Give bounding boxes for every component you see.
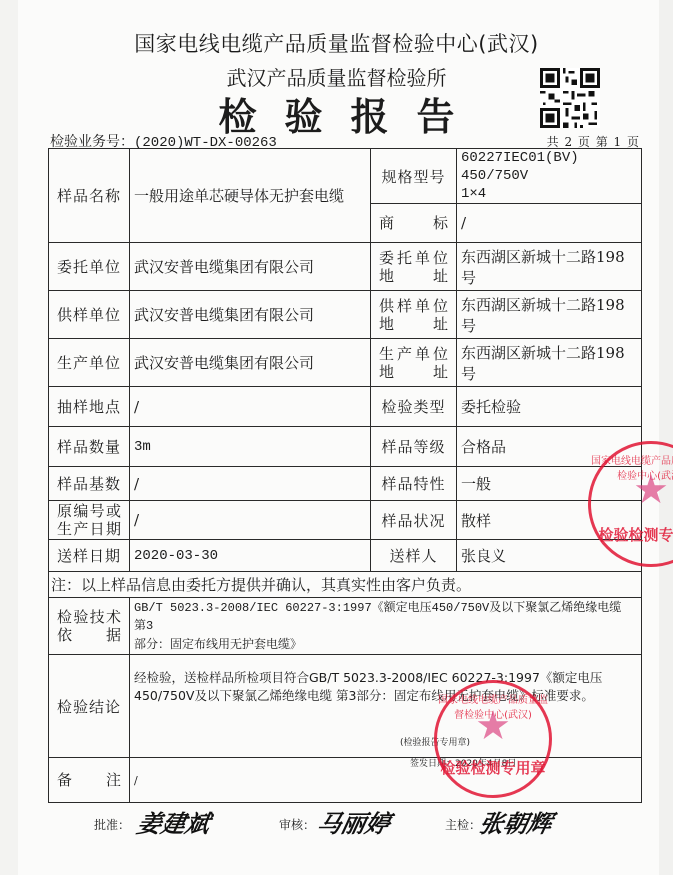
basis-label-2: 依 据 (57, 626, 121, 644)
sampling-site-value: / (130, 387, 371, 427)
orig-no-label-1: 原编号或 (57, 502, 121, 520)
client-address-label-1: 委托单位 (379, 249, 448, 267)
conclusion-line2: 450/750V及以下聚氯乙烯绝缘电缆 第3部分：固定布线用无护套电缆》标准要求… (134, 687, 637, 705)
supplier-address-value: 东西湖区新城十二路198号 (457, 291, 642, 339)
producer-label: 生产单位 (49, 339, 130, 387)
sample-base-label: 样品基数 (49, 467, 130, 501)
inspector-label: 主检： (445, 816, 481, 833)
orig-no-label-2: 生产日期 (57, 520, 121, 538)
sample-property-value: 一般 (457, 467, 642, 501)
sample-grade-value: 合格品 (457, 427, 642, 467)
remarks-value: / (130, 758, 642, 803)
supplier-label: 供样单位 (49, 291, 130, 339)
inspection-type-value: 委托检验 (457, 387, 642, 427)
trademark-label: 商 标 (371, 204, 457, 243)
conclusion-text: 经检验，送检样品所检项目符合GB/T 5023.3-2008/IEC 60227… (134, 669, 637, 705)
basis-label: 检验技术 依 据 (49, 598, 130, 655)
conclusion-label: 检验结论 (49, 655, 130, 758)
spec-model-line1: 60227IEC01(BV) 450/750V (461, 149, 637, 185)
client-label: 委托单位 (49, 243, 130, 291)
sender-value: 张良义 (457, 540, 642, 572)
basis-line1: GB/T 5023.3-2008/IEC 60227-3:1997《额定电压45… (134, 599, 637, 635)
trademark-value: / (457, 204, 642, 243)
remarks-label: 备 注 (49, 758, 130, 803)
supplier-address-label-1: 供样单位 (379, 297, 448, 315)
sample-name-value: 一般用途单芯硬导体无护套电缆 (130, 149, 371, 243)
supplier-value: 武汉安普电缆集团有限公司 (130, 291, 371, 339)
orig-no-value: / (130, 501, 371, 540)
approve-label: 批准： (94, 816, 130, 833)
basis-value: GB/T 5023.3-2008/IEC 60227-3:1997《额定电压45… (130, 598, 642, 655)
conclusion-cell: 经检验，送检样品所检项目符合GB/T 5023.3-2008/IEC 60227… (130, 655, 642, 758)
supplier-address-label: 供样单位 地 址 (371, 291, 457, 339)
producer-value: 武汉安普电缆集团有限公司 (130, 339, 371, 387)
signature-row: 批准： 姜建斌 审核： 马丽婷 主检： 张朝辉 (0, 802, 673, 842)
client-address-value: 东西湖区新城十二路198号 (457, 243, 642, 291)
sample-name-label: 样品名称 (49, 149, 130, 243)
basis-label-1: 检验技术 (57, 608, 121, 626)
client-address-label: 委托单位 地 址 (371, 243, 457, 291)
spec-model-value: 60227IEC01(BV) 450/750V 1×4 (457, 149, 642, 204)
conclusion-line1: 经检验，送检样品所检项目符合GB/T 5023.3-2008/IEC 60227… (134, 669, 637, 687)
report-table: 样品名称 一般用途单芯硬导体无护套电缆 规格型号 60227IEC01(BV) … (48, 148, 642, 803)
inspector-signature: 张朝辉 (476, 804, 555, 839)
review-signature: 马丽婷 (314, 804, 393, 839)
delivery-date-label: 送样日期 (49, 540, 130, 572)
orig-no-label: 原编号或 生产日期 (49, 501, 130, 540)
approve-signature: 姜建斌 (134, 804, 213, 839)
sample-property-label: 样品特性 (371, 467, 457, 501)
producer-address-value: 东西湖区新城十二路198号 (457, 339, 642, 387)
sample-qty-label: 样品数量 (49, 427, 130, 467)
producer-address-label-2: 地 址 (379, 363, 448, 381)
sender-label: 送样人 (371, 540, 457, 572)
disclaimer-note: 注：以上样品信息由委托方提供并确认，其真实性由客户负责。 (49, 572, 642, 598)
org-title-line1: 国家电线电缆产品质量监督检验中心(武汉) (0, 28, 673, 58)
review-label: 审核： (279, 816, 315, 833)
sample-base-value: / (130, 467, 371, 501)
supplier-address-label-2: 地 址 (379, 315, 448, 333)
delivery-date-value: 2020-03-30 (130, 540, 371, 572)
sample-condition-value: 散样 (457, 501, 642, 540)
producer-address-label: 生产单位 地 址 (371, 339, 457, 387)
client-value: 武汉安普电缆集团有限公司 (130, 243, 371, 291)
inspection-type-label: 检验类型 (371, 387, 457, 427)
qr-code-icon (540, 67, 600, 129)
basis-line2: 部分：固定布线用无护套电缆》 (134, 635, 637, 653)
seal-note: (检验报告专用章) (400, 735, 470, 748)
sample-qty-value: 3m (130, 427, 371, 467)
sample-condition-label: 样品状况 (371, 501, 457, 540)
sampling-site-label: 抽样地点 (49, 387, 130, 427)
spec-model-label: 规格型号 (371, 149, 457, 204)
spec-model-line2: 1×4 (461, 185, 637, 203)
client-address-label-2: 地 址 (379, 267, 448, 285)
sign-date: 签发日期：2020年4月8日 (410, 756, 516, 769)
producer-address-label-1: 生产单位 (379, 345, 448, 363)
sample-grade-label: 样品等级 (371, 427, 457, 467)
